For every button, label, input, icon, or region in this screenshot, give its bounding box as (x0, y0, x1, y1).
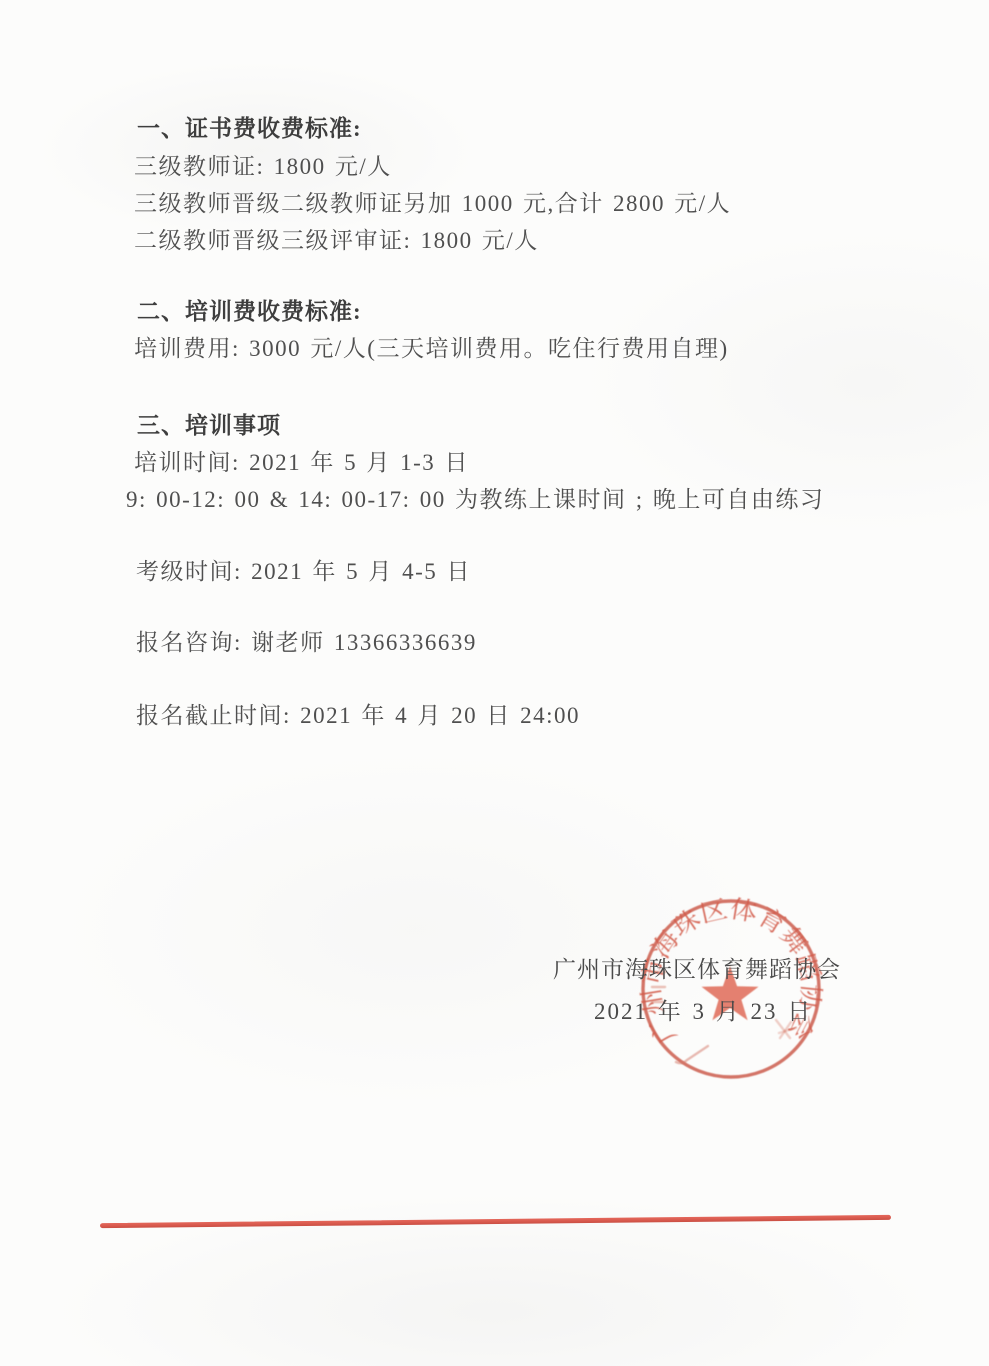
section1-line-1: 三级教师证: 1800 元/人 (134, 154, 392, 180)
section1-heading: 一、证书费收费标准: (137, 116, 362, 142)
section2-line-1: 培训费用: 3000 元/人(三天培训费用。吃住行费用自理) (134, 336, 729, 362)
section3-line-contact: 报名咨询: 谢老师 13366336639 (136, 630, 477, 656)
signature-date: 2021 年 3 月 23 日 (594, 998, 812, 1026)
bottom-red-divider (100, 1215, 891, 1228)
section1-line-3: 二级教师晋级三级评审证: 1800 元/人 (134, 228, 539, 254)
signature-organization: 广州市海珠区体育舞蹈协会 (553, 956, 841, 984)
section3-line-schedule: 9: 00-12: 00 & 14: 00-17: 00 为教练上课时间 ; 晚… (126, 487, 824, 513)
scanned-notice-page: 一、证书费收费标准: 三级教师证: 1800 元/人 三级教师晋级二级教师证另加… (0, 0, 989, 1366)
section3-heading: 三、培训事项 (137, 413, 281, 439)
section3-line-training-time: 培训时间: 2021 年 5 月 1-3 日 (134, 450, 469, 476)
official-seal-stamp: 广州市海珠区体育舞蹈协会 (614, 872, 848, 1106)
section2-heading: 二、培训费收费标准: (137, 299, 362, 325)
section3-line-exam-time: 考级时间: 2021 年 5 月 4-5 日 (136, 559, 471, 585)
section3-line-deadline: 报名截止时间: 2021 年 4 月 20 日 24:00 (136, 703, 580, 729)
section1-line-2: 三级教师晋级二级教师证另加 1000 元,合计 2800 元/人 (134, 191, 731, 217)
